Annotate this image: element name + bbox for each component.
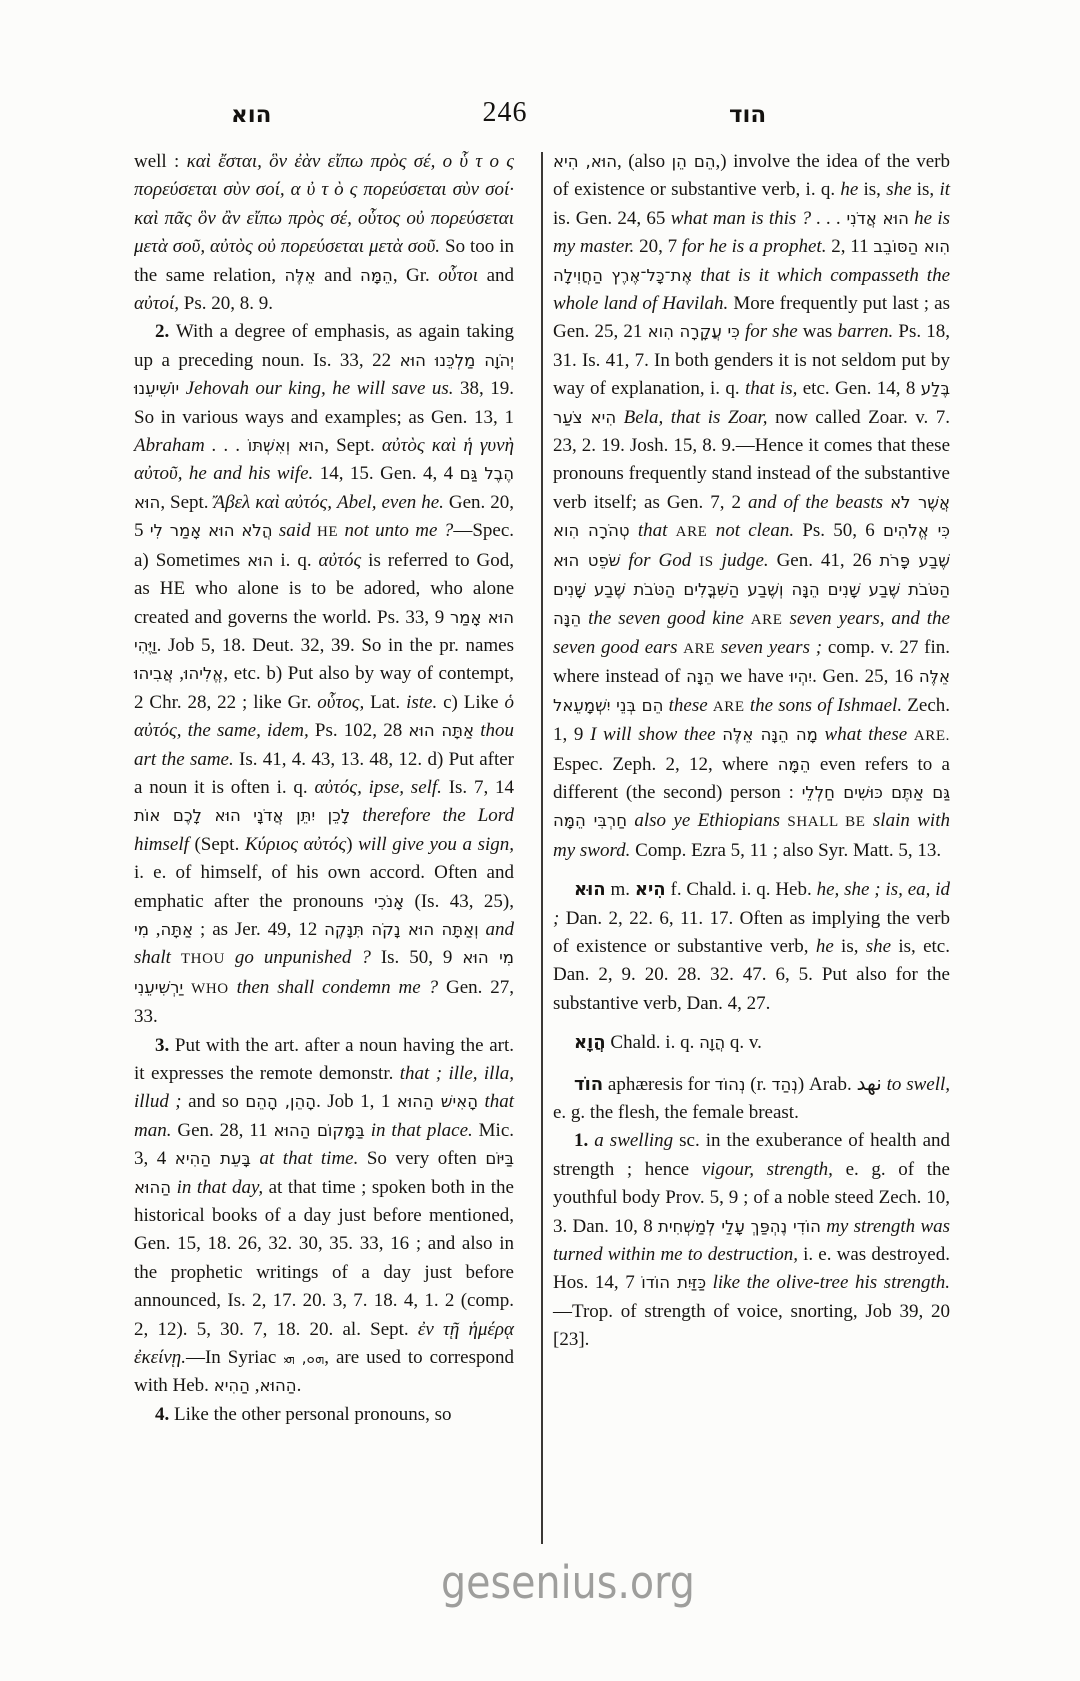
hebrew-text: אֱלִיהוּ: [184, 664, 223, 683]
italic-text: also ye Ethiopians: [634, 810, 787, 831]
paragraph: 4. Like the other personal pronouns, so: [134, 1401, 514, 1429]
roman-text: is. Gen. 24, 65: [553, 208, 671, 229]
hebrew-text: הוּא, הִיא: [553, 152, 617, 171]
roman-text: Gen. 28, 11: [171, 1120, 273, 1141]
italic-text: αὐτοί,: [134, 293, 179, 314]
italic-text: will give you a sign,: [358, 834, 514, 855]
roman-text: we have: [714, 666, 789, 687]
header-keyword-right: הוד: [729, 102, 766, 128]
roman-text: , (also: [617, 151, 672, 172]
paragraph: הוֹד aphæresis for נְהוֹד (r. נְהַד) Ara…: [553, 1069, 950, 1128]
watermark: gesenius.org: [441, 1556, 695, 1609]
column-divider: [541, 152, 543, 1544]
italic-text: it: [939, 179, 950, 200]
italic-text: for she: [745, 321, 798, 342]
bold-text: 4.: [155, 1404, 174, 1425]
hebrew-headword: הִיא: [635, 879, 666, 900]
roman-text: —Trop. of strength of voice, snorting, J…: [553, 1301, 950, 1350]
roman-text: f. Chald. i. q. Heb.: [666, 879, 817, 900]
roman-text: e. g. the flesh, the female breast.: [553, 1102, 799, 1123]
roman-text: Gen. 41, 26: [769, 550, 880, 571]
hebrew-text: לָכֵן יִתֵּן אֲדֹנָי הוּא לָכֶם אוֹת: [134, 806, 350, 825]
italic-text: that is,: [745, 378, 797, 399]
italic-text: at that time.: [260, 1148, 359, 1169]
hebrew-text: הֲלֹא הוּא אָמַר לִי: [150, 521, 273, 540]
roman-text: . Job 1, 1: [316, 1091, 397, 1112]
italic-text: she: [886, 179, 911, 200]
smallcaps-text: IS: [699, 554, 714, 570]
roman-text: (Is. 43, 25),: [404, 891, 514, 912]
italic-text: οὗτος,: [317, 692, 364, 713]
smallcaps-text: ARE: [751, 612, 783, 628]
roman-text: [251, 1148, 260, 1169]
italic-text: said: [279, 520, 317, 541]
roman-text: q. v.: [725, 1032, 762, 1053]
paragraph: הוּא, הִיא, (also הֵם הֵן,) involve the …: [553, 148, 950, 865]
roman-text: [818, 724, 825, 745]
italic-text: he: [816, 936, 834, 957]
italic-text: Κύριος αὐτός: [245, 834, 346, 855]
roman-text: Ps. 20, 8. 9.: [179, 293, 273, 314]
roman-text: is,: [912, 179, 940, 200]
hebrew-text: הֵמָּה: [360, 266, 393, 285]
hebrew-text: מָה הֵנָּה אֵלֶּה: [722, 725, 818, 744]
hebrew-text: הֵנָּה: [686, 667, 714, 686]
italic-text: what these: [825, 724, 914, 745]
roman-text: was: [798, 321, 838, 342]
hebrew-text: הָהֵן, הָהֵם: [245, 1092, 316, 1111]
roman-text: at that time ; spoken both in the histor…: [134, 1177, 514, 1340]
roman-text: 2, 11: [826, 236, 873, 257]
roman-text: Ps. 50, 6: [794, 520, 883, 541]
italic-text: a swelling: [594, 1130, 673, 1151]
paragraph: well : καὶ ἔσται, ὃν ἐὰν εἴπω πρὸς σέ, ο…: [134, 148, 514, 318]
italic-text: not unto me ?: [338, 520, 453, 541]
smallcaps-text: ARE: [676, 524, 708, 540]
roman-text: , Sept.: [160, 492, 213, 513]
italic-text: Ἄβελ καὶ αὐτός, Abel, even he.: [214, 492, 444, 513]
hebrew-text: אָנֹכִי: [374, 892, 404, 911]
hebrew-text: אֲבִיהוּ: [134, 664, 174, 683]
italic-text: αὐτός, ipse, self.: [314, 777, 442, 798]
syriac-text: ܗܘ, ܗܝ: [283, 1349, 324, 1367]
roman-text: Like the other personal pronouns, so: [174, 1404, 452, 1425]
hebrew-headword: הֲוָא: [574, 1032, 606, 1053]
italic-text: Jehovah our king, he will save us.: [186, 378, 454, 399]
roman-text: . Job 5, 18. Deut. 32, 39. So in the pr.…: [157, 635, 514, 656]
paragraph: 2. With a degree of emphasis, as again t…: [134, 318, 514, 1031]
italic-text: Abraham . . .: [134, 435, 248, 456]
roman-text: aphæresis for: [603, 1074, 714, 1095]
italic-text: I will show thee: [590, 724, 722, 745]
italic-text: that: [638, 520, 676, 541]
roman-text: Ps. 102, 28: [309, 720, 409, 741]
roman-text: .: [297, 1375, 302, 1396]
italic-text: for he is a prophet.: [682, 236, 827, 257]
italic-text: in that day,: [177, 1177, 263, 1198]
paragraph: 3. Put with the art. after a noun having…: [134, 1032, 514, 1401]
roman-text: i. q.: [273, 550, 318, 571]
italic-text: and of the beasts: [748, 492, 883, 513]
roman-text: Is. 50, 9: [371, 947, 462, 968]
roman-text: —In Syriac: [186, 1347, 283, 1368]
roman-text: well :: [134, 151, 187, 172]
italic-text: judge.: [714, 550, 769, 571]
roman-text: is,: [834, 936, 866, 957]
smallcaps-text: HE: [317, 524, 338, 540]
italic-text: οὗτοι: [438, 265, 478, 286]
smallcaps-text: ARE: [683, 641, 715, 657]
scanned-lexicon-page: הוא 246 הוד well : καὶ ἔσται, ὃν ἐὰν εἴπ…: [0, 0, 1080, 1681]
roman-text: [616, 407, 624, 428]
roman-text: [479, 919, 486, 940]
smallcaps-text: ARE.: [914, 728, 950, 744]
roman-text: , Gr.: [393, 265, 438, 286]
roman-text: c) Like: [437, 692, 504, 713]
italic-text: Bela, that is Zoar,: [624, 407, 768, 428]
roman-text: etc. Gen. 14, 8: [797, 378, 920, 399]
hebrew-text: הַהוּא: [259, 1376, 296, 1395]
italic-text: go unpunished ?: [225, 947, 371, 968]
roman-text: ) Arab.: [798, 1074, 857, 1095]
roman-text: Is. 7, 14: [442, 777, 514, 798]
roman-text: 14, 15. Gen. 4, 4: [313, 463, 459, 484]
hebrew-text: בַּמָּקוֹם הַהוּא: [273, 1121, 364, 1140]
roman-text: So very often: [358, 1148, 485, 1169]
roman-text: ; as Jer. 49, 12: [193, 919, 324, 940]
roman-text: and: [316, 265, 360, 286]
page-number: 246: [445, 97, 565, 129]
hebrew-text: אֵלֶּה: [284, 266, 315, 285]
italic-text: like the olive-tree his strength.: [713, 1272, 950, 1293]
roman-text: ,: [149, 919, 161, 940]
hebrew-text: הוּא וְאִשְׁתּוֹ: [248, 436, 325, 455]
italic-text: seven years ;: [715, 637, 822, 658]
roman-text: Comp. Ezra 5, 11 ; also Syr. Matt. 5, 13…: [630, 840, 941, 861]
italic-text: for God: [628, 550, 699, 571]
hebrew-text: בָּעֵת הַהִיא: [175, 1149, 251, 1168]
bold-text: 2.: [155, 321, 176, 342]
hebrew-text: הוּא: [247, 551, 273, 570]
hebrew-headword: הוּא: [574, 879, 606, 900]
hebrew-headword: הוֹד: [574, 1074, 603, 1095]
bold-text: 3.: [155, 1035, 175, 1056]
hebrew-text: אַתָּה: [161, 920, 194, 939]
hebrew-text: הַהִיא: [214, 1376, 250, 1395]
hebrew-text: נְהוֹד: [715, 1075, 746, 1094]
roman-text: Lat.: [364, 692, 406, 713]
roman-text: [183, 977, 191, 998]
italic-text: barren.: [837, 321, 893, 342]
hebrew-text: הֵמָּה: [778, 755, 811, 774]
hebrew-text: הָאִישׁ הַהוּא: [397, 1092, 478, 1111]
roman-text: [630, 520, 638, 541]
italic-text: αὐτός: [319, 550, 362, 571]
italic-text: he: [840, 179, 858, 200]
smallcaps-text: ARE: [713, 699, 745, 715]
column-left: well : καὶ ἔσται, ὃν ἐὰν εἴπω πρὸς σέ, ο…: [134, 148, 514, 1429]
hebrew-text: הֲוָה: [699, 1033, 725, 1052]
roman-text: Espec. Zeph. 2, 12, where: [553, 754, 778, 775]
italic-text: the sons of Ishmael.: [745, 695, 902, 716]
hebrew-text: אַתָּה הוּא: [408, 721, 474, 740]
hebrew-text: כִּי עֲקָרָה הִוא: [648, 322, 740, 341]
arabic-text: نهد: [857, 1071, 882, 1095]
italic-text: iste.: [406, 692, 437, 713]
roman-text: Chald. i. q.: [606, 1032, 699, 1053]
smallcaps-text: WHO: [191, 981, 229, 997]
hebrew-text: הוֹדִי נֶהְפַּךְ עָלַי לְמַשְׁחִית: [658, 1217, 821, 1236]
hebrew-text: הֵם הֵן: [672, 152, 716, 171]
italic-text: the seven good kine: [588, 608, 751, 629]
italic-text: what man is this ? . . .: [671, 208, 847, 229]
paragraph: הֲוָא Chald. i. q. הֲוָה q. v.: [553, 1029, 950, 1057]
smallcaps-text: THOU: [181, 951, 225, 967]
roman-text: and: [478, 265, 514, 286]
page-header: הוא 246 הוד: [0, 0, 1080, 140]
hebrew-text: מִי: [134, 920, 149, 939]
roman-text: (r.: [746, 1074, 772, 1095]
hebrew-text: נְהַד: [771, 1075, 797, 1094]
italic-text: these: [669, 695, 713, 716]
italic-text: she: [866, 936, 891, 957]
column-right: הוּא, הִיא, (also הֵם הֵן,) involve the …: [553, 148, 950, 1355]
roman-text: ): [346, 834, 358, 855]
paragraph: 1. a swelling sc. in the exuberance of h…: [553, 1127, 950, 1354]
header-keyword-left: הוא: [231, 102, 271, 128]
roman-text: ,: [174, 663, 184, 684]
roman-text: and so: [182, 1091, 246, 1112]
bold-text: 1.: [574, 1130, 594, 1151]
smallcaps-text: SHALL BE: [787, 814, 865, 830]
roman-text: [350, 805, 362, 826]
italic-text: in that place.: [371, 1120, 473, 1141]
roman-text: (Sept.: [189, 834, 245, 855]
italic-text: to swell,: [887, 1074, 950, 1095]
hebrew-text: יִהְיוּ: [789, 667, 812, 686]
italic-text: vigour, strength,: [702, 1159, 833, 1180]
roman-text: is,: [858, 179, 886, 200]
roman-text: . Gen. 25, 16: [812, 666, 919, 687]
italic-text: not clean.: [707, 520, 794, 541]
hebrew-text: הוּא אֲדֹנִי: [846, 209, 908, 228]
roman-text: 20, 7: [634, 236, 682, 257]
hebrew-text: וְאַתָּה הוּא נָקֹה תִּנָּקֶה: [324, 920, 479, 939]
paragraph: הוּא m. הִיא f. Chald. i. q. Heb. he, sh…: [553, 876, 950, 1018]
roman-text: m.: [606, 879, 635, 900]
roman-text: , Sept.: [324, 435, 382, 456]
italic-text: then shall condemn me ?: [229, 977, 438, 998]
hebrew-text: כַּזַּיִת הוֹדוֹ: [641, 1273, 706, 1292]
